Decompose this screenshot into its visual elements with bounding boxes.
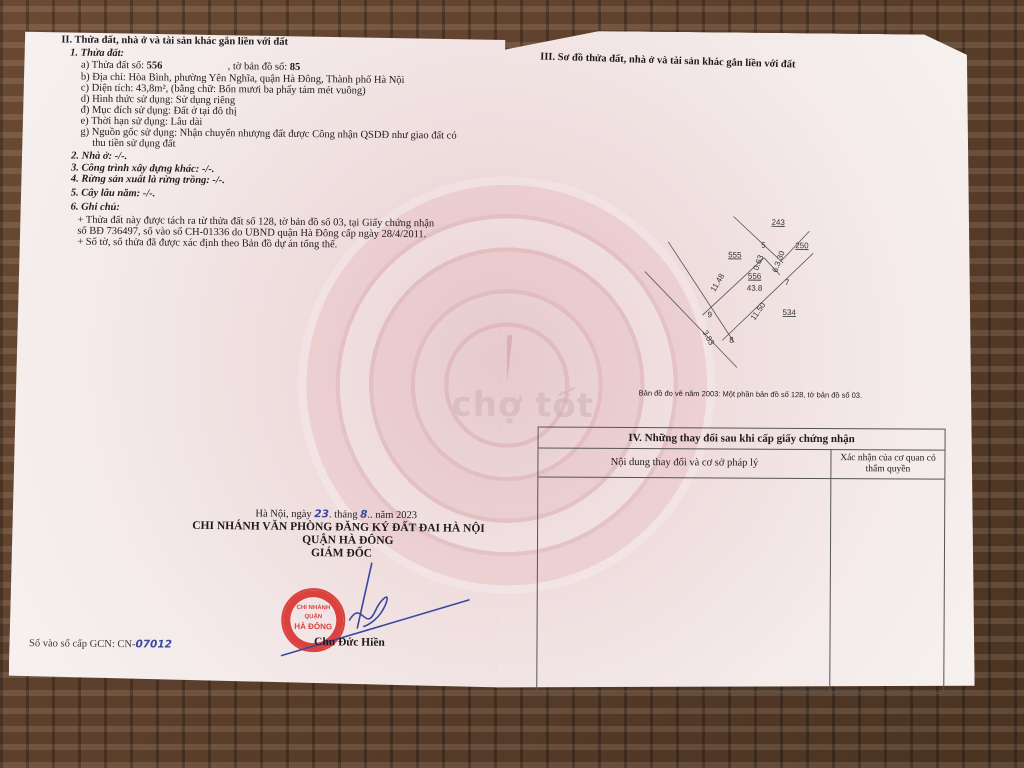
changes-table-header: Nội dung thay đổi và cơ sở pháp lý Xác n… bbox=[538, 449, 944, 480]
registry-number: Số vào sổ cấp GCN: CN-07012 bbox=[29, 637, 172, 651]
parcel-map: 243 250 555 534 556 43.8 5 7 8 9 11.48 0… bbox=[632, 201, 834, 373]
svg-text:43.8: 43.8 bbox=[747, 284, 763, 293]
svg-text:11.50: 11.50 bbox=[749, 300, 768, 321]
date-day: 23 bbox=[314, 508, 329, 520]
origin-line2: thu tiền sử dụng đất bbox=[92, 137, 175, 151]
svg-text:555: 555 bbox=[728, 250, 742, 259]
parcel-no: 556 bbox=[147, 60, 163, 71]
svg-text:9: 9 bbox=[707, 310, 712, 319]
registry-no: 07012 bbox=[135, 638, 172, 650]
notes-heading: 6. Ghi chú: bbox=[71, 201, 120, 215]
map-sheet-label: , tờ bản đồ số: bbox=[228, 61, 288, 73]
office-line3: GIÁM ĐỐC bbox=[311, 547, 372, 561]
svg-text:534: 534 bbox=[782, 308, 796, 317]
note2: + Số tờ, số thửa đã được xác định theo B… bbox=[77, 236, 337, 252]
svg-text:11.48: 11.48 bbox=[709, 272, 727, 294]
date-prefix: Hà Nội, ngày bbox=[255, 508, 311, 520]
signer-name: Chu Đức Hiền bbox=[314, 636, 385, 650]
svg-text:6.3.30: 6.3.30 bbox=[770, 249, 786, 274]
land-certificate: chợ tốt II. Thửa đất, nhà ở và tài sản k… bbox=[9, 25, 982, 699]
map-note: Bản đồ đo vẽ năm 2003: Một phần bản đồ s… bbox=[639, 387, 863, 402]
office-line2: QUẬN HÀ ĐÔNG bbox=[302, 534, 394, 548]
date-month: 8 bbox=[360, 509, 367, 521]
perennial: 5. Cây lâu năm: -/-. bbox=[71, 187, 156, 201]
map-sheet-no: 85 bbox=[290, 62, 301, 73]
changes-table-title: IV. Những thay đổi sau khi cấp giấy chứn… bbox=[539, 428, 945, 451]
svg-text:250: 250 bbox=[795, 241, 809, 250]
date-year: năm 2023 bbox=[375, 510, 417, 521]
parcel-no-label: a) Thửa đất số: bbox=[81, 60, 144, 72]
col-authority-confirmation: Xác nhận của cơ quan có thẩm quyền bbox=[831, 450, 944, 479]
date-month-label: tháng bbox=[334, 509, 357, 520]
svg-text:8: 8 bbox=[729, 335, 734, 344]
svg-text:5: 5 bbox=[761, 241, 766, 250]
registry-label: Số vào sổ cấp GCN: CN- bbox=[29, 638, 136, 650]
changes-table: IV. Những thay đổi sau khi cấp giấy chứn… bbox=[536, 427, 945, 694]
svg-text:243: 243 bbox=[771, 218, 785, 227]
svg-text:0.63: 0.63 bbox=[751, 253, 765, 271]
forest: 4. Rừng sản xuất là rừng trồng: -/-. bbox=[71, 173, 225, 188]
watermark: chợ tốt bbox=[451, 385, 594, 426]
col-change-content: Nội dung thay đổi và cơ sở pháp lý bbox=[538, 449, 831, 479]
seal-line3: HÀ ĐÔNG bbox=[283, 622, 343, 632]
svg-text:556: 556 bbox=[748, 272, 762, 281]
svg-text:7: 7 bbox=[785, 278, 790, 287]
change-content-cell bbox=[537, 478, 831, 693]
svg-text:3.83: 3.83 bbox=[701, 329, 717, 347]
changes-table-body bbox=[537, 478, 944, 693]
